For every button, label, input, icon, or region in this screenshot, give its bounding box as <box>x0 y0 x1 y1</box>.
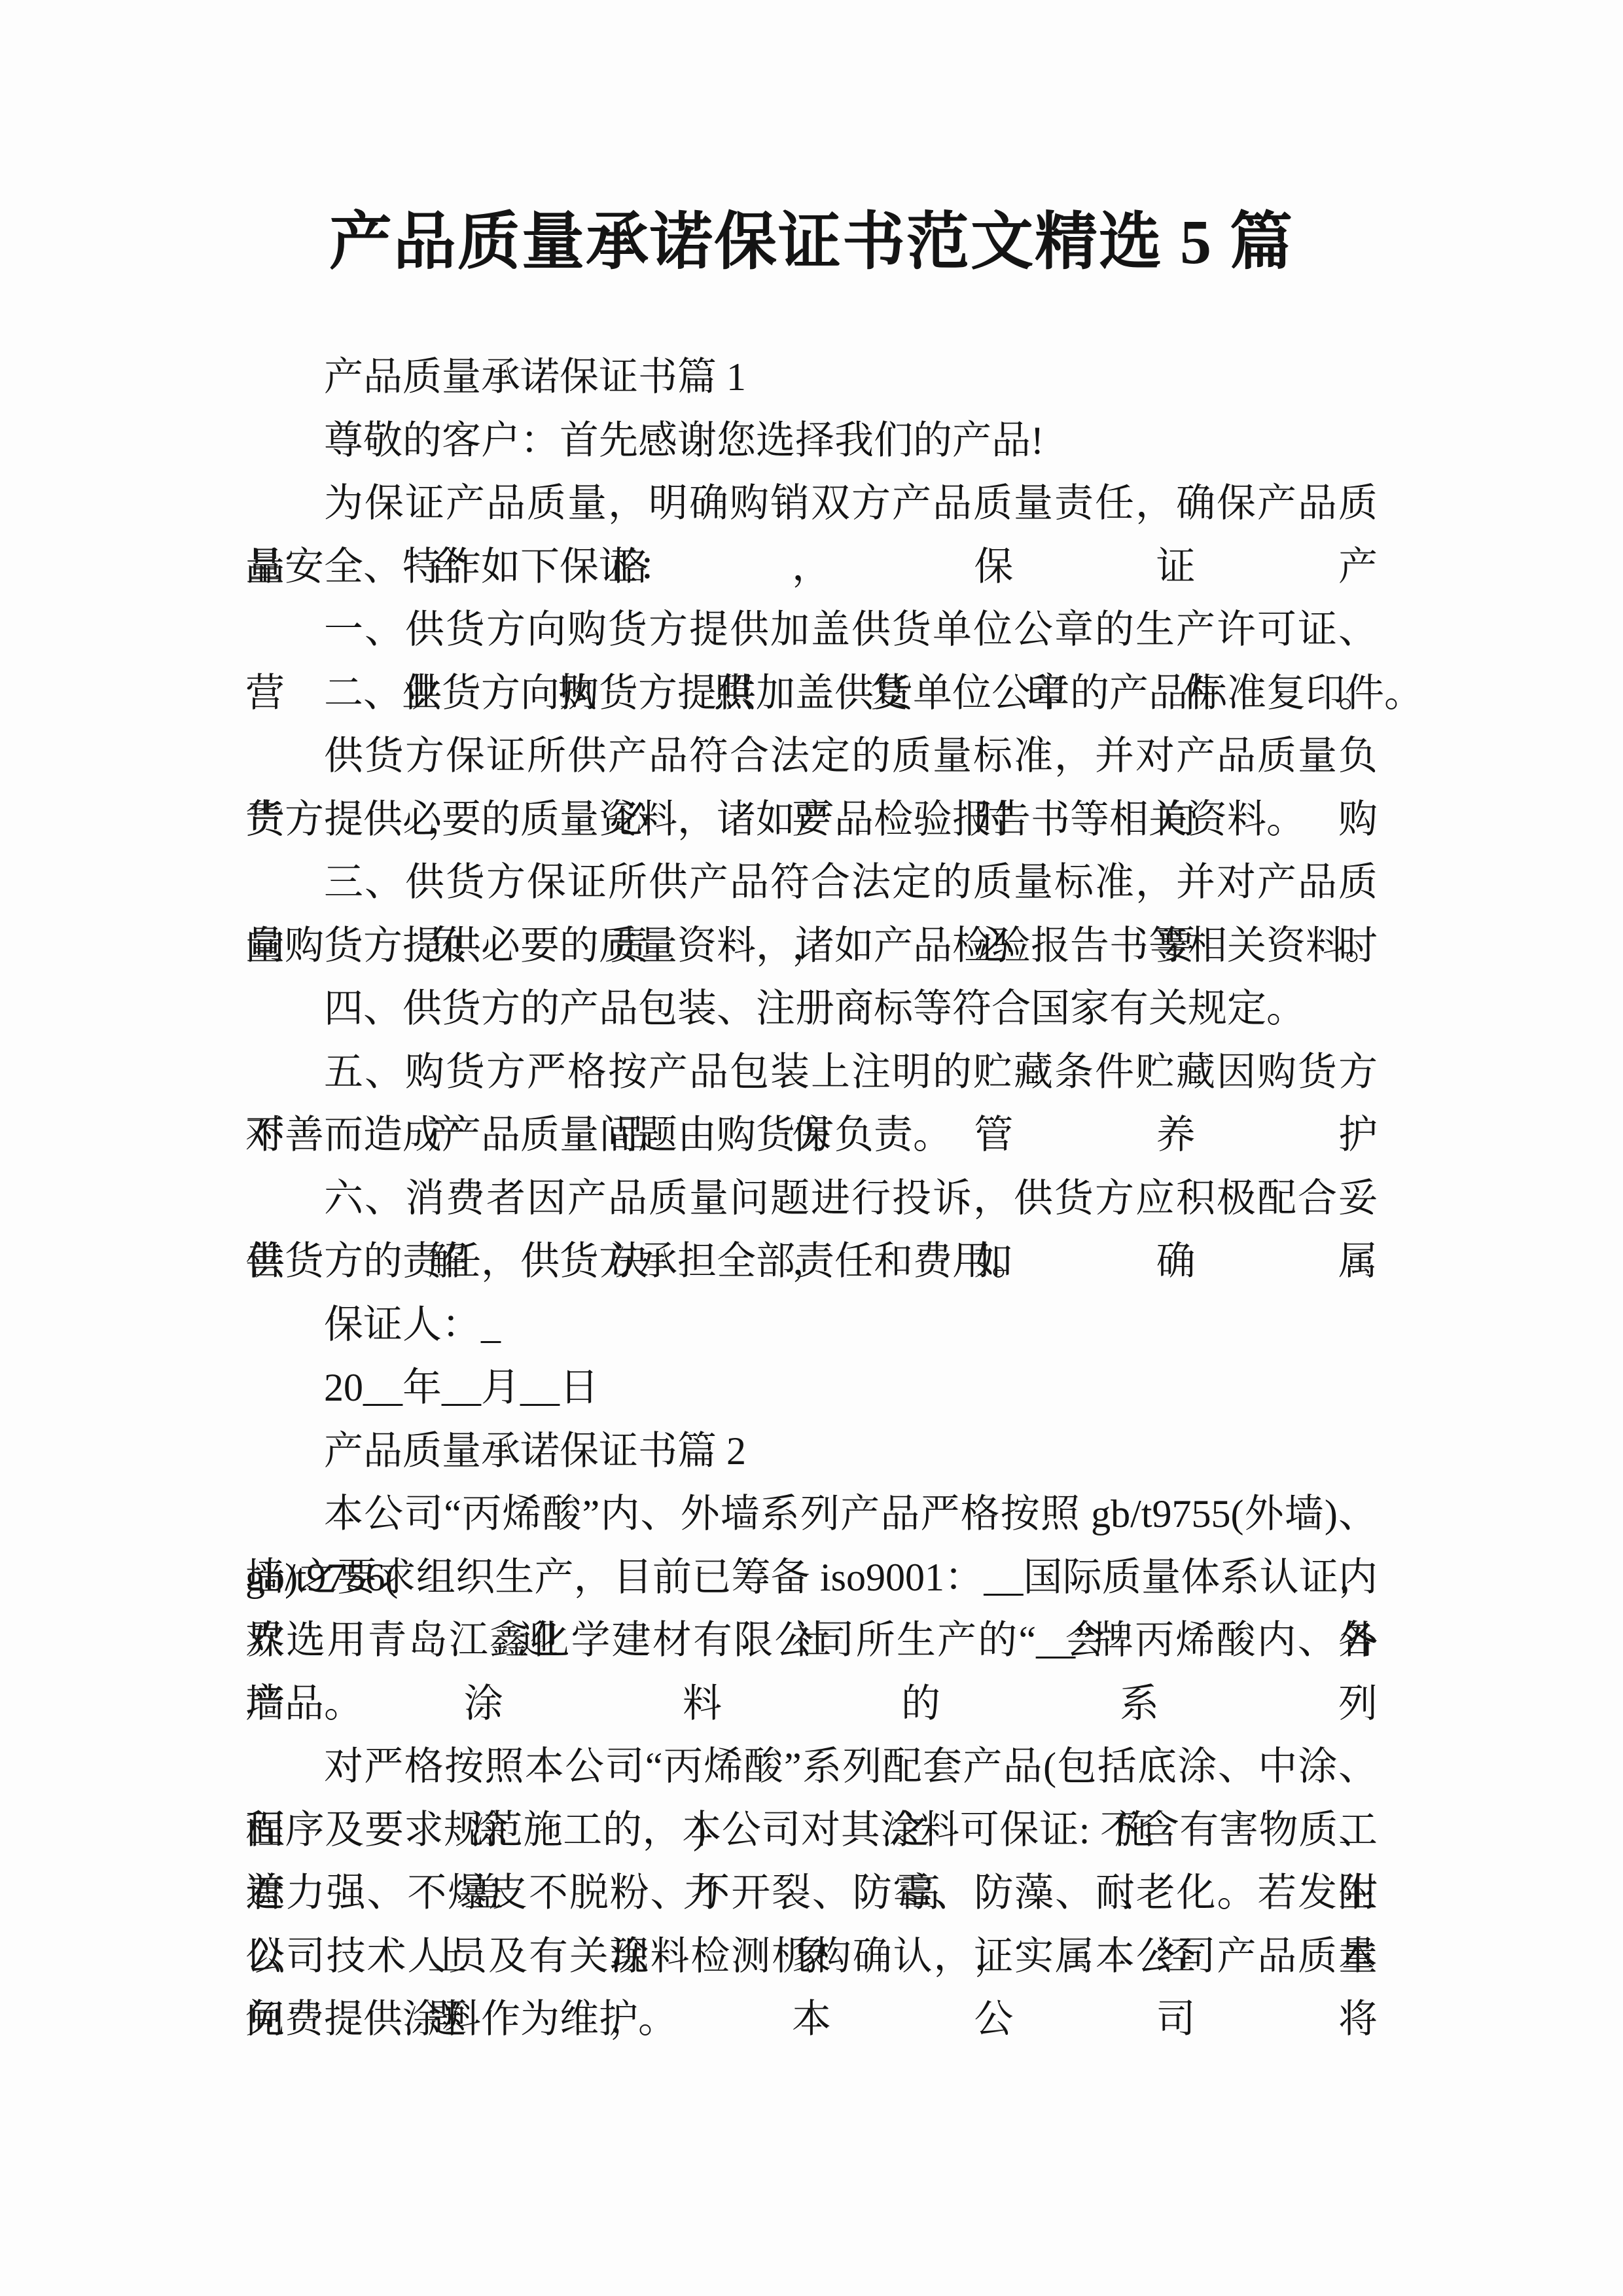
text-line: 产品质量承诺保证书篇 1 <box>245 346 1378 409</box>
text-line: 供货方保证所供产品符合法定的质量标准，并对产品质量负责，必要时向购 <box>245 725 1378 788</box>
text-line: 二、供货方向购货方提供加盖供货单位公章的产品标准复印件。 <box>245 662 1378 725</box>
text-line: 墙)之要求组织生产，目前已筹备 iso9001：__国际质量体系认证，欢迎社会各 <box>245 1546 1378 1609</box>
text-line: 产品质量承诺保证书篇 2 <box>245 1420 1378 1483</box>
text-line: 三、供货方保证所供产品符合法定的质量标准，并对产品质量负责，必要时 <box>245 851 1378 914</box>
text-line: 20__年__月__日 <box>245 1356 1378 1420</box>
document-body: 产品质量承诺保证书篇 1 尊敬的客户：首先感谢您选择我们的产品! 为保证产品质量… <box>245 346 1378 2051</box>
text-line: 五、购货方严格按产品包装上注明的贮藏条件贮藏因购货方对产品保管养护 <box>245 1041 1378 1104</box>
text-line: 为保证产品质量，明确购销双方产品质量责任，确保产品质量合格，保证产 <box>245 472 1378 535</box>
text-line: 界选用青岛江鑫化学建材有限公司所生产的“__”牌丙烯酸内、外墙涂料的系列 <box>245 1609 1378 1672</box>
text-line: 着力强、不爆皮不脱粉、不开裂、防霉、防藻、耐老化。若发生以上现象，经本 <box>245 1861 1378 1925</box>
text-line: 保证人：_ <box>245 1293 1378 1357</box>
text-line: 程序及要求规范施工的，本公司对其涂料可保证: 不含有害物质、遮盖力高、附 <box>245 1799 1378 1862</box>
text-line: 对严格按照本公司“丙烯酸”系列配套产品(包括底涂、中涂、面涂)之施工 <box>245 1735 1378 1799</box>
document-page: 产品质量承诺保证书范文精选 5 篇 产品质量承诺保证书篇 1 尊敬的客户：首先感… <box>0 0 1623 2296</box>
text-line: 四、供货方的产品包装、注册商标等符合国家有关规定。 <box>245 977 1378 1041</box>
document-title: 产品质量承诺保证书范文精选 5 篇 <box>245 196 1378 288</box>
text-line: 尊敬的客户：首先感谢您选择我们的产品! <box>245 409 1378 473</box>
text-line: 向购货方提供必要的质量资料，诸如产品检验报告书等相关资料。 <box>245 914 1378 978</box>
text-line: 货方提供必要的质量资料，诸如产品检验报告书等相关资料。 <box>245 788 1378 852</box>
text-line: 一、供货方向购货方提供加盖供货单位公章的生产许可证、营业执照复印件。 <box>245 598 1378 662</box>
text-line: 六、消费者因产品质量问题进行投诉，供货方应积极配合妥善解决，如确属 <box>245 1167 1378 1230</box>
text-line: 公司技术人员及有关涂料检测机构确认，证实属本公司产品质量问题，本公司将 <box>245 1925 1378 1988</box>
text-line: 本公司“丙烯酸”内、外墙系列产品严格按照 gb/t9755(外墙)、gb/t97… <box>245 1482 1378 1546</box>
